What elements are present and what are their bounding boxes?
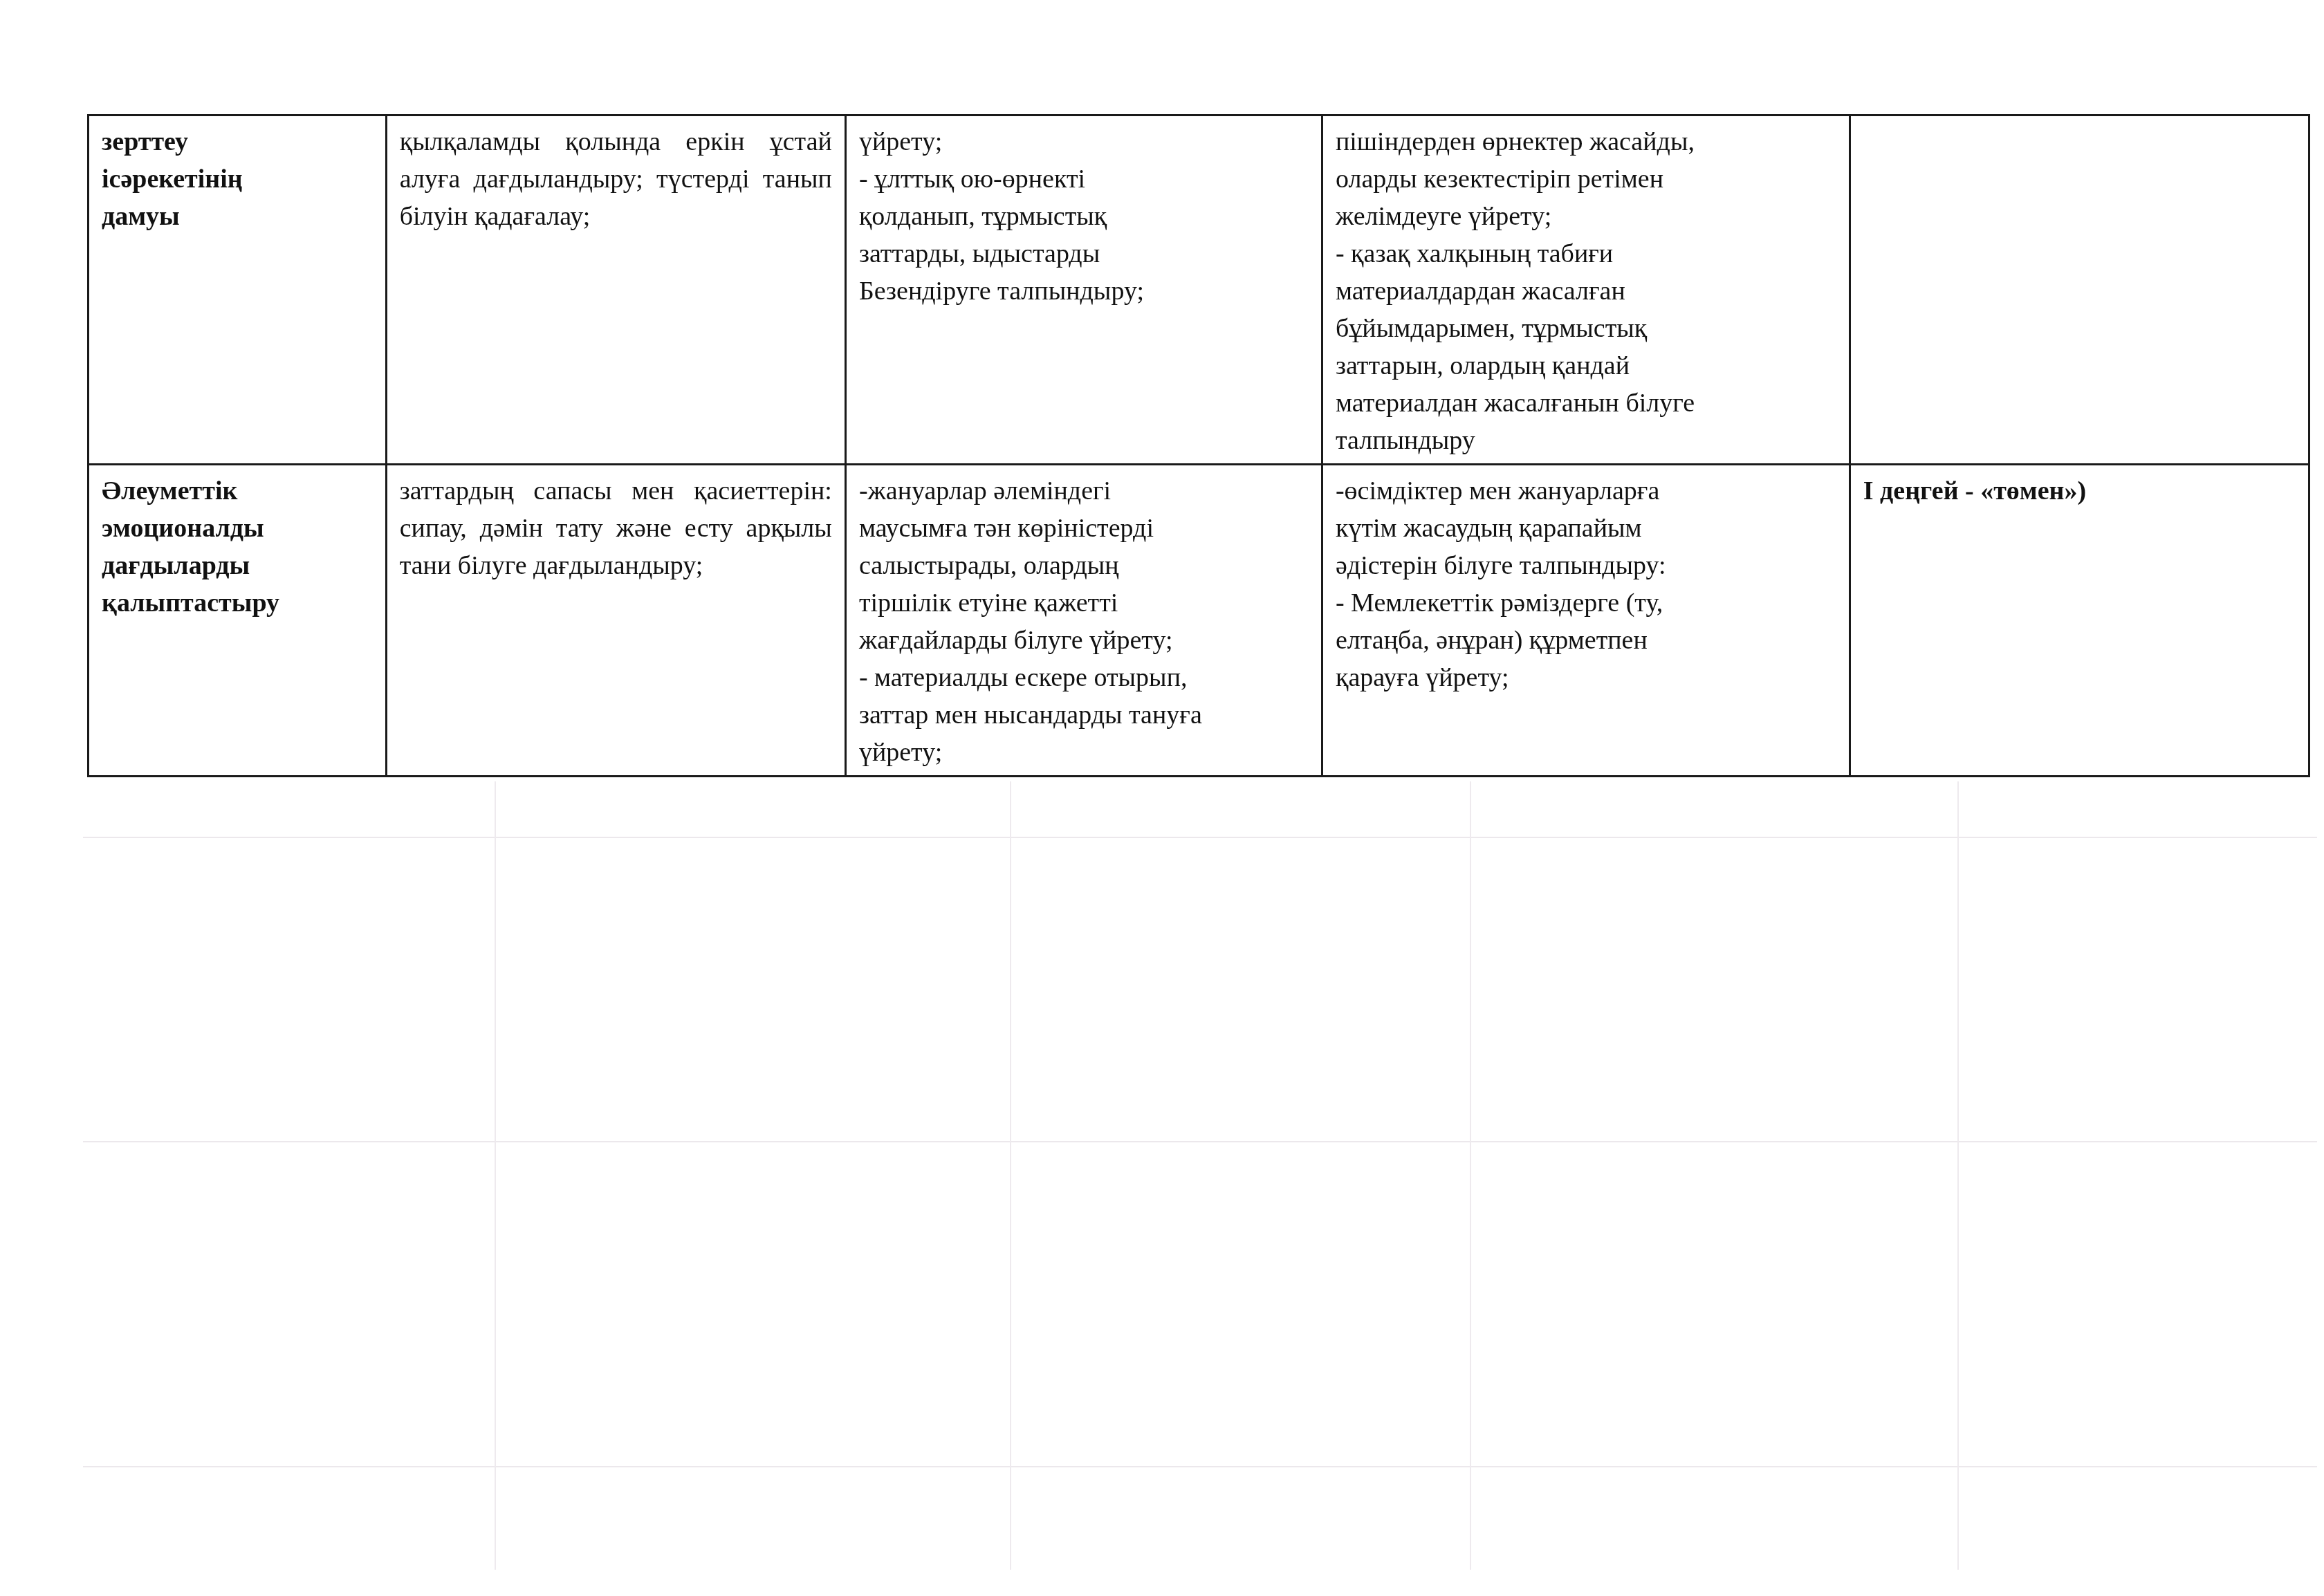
cell-text: - қазақ халқының табиғи — [1336, 235, 1836, 272]
task-cell-col4: -өсімдіктер мен жануарларға күтім жасауд… — [1322, 465, 1850, 777]
development-plan-table: зерттеу ісәрекетінің дамуы қылқаламды қо… — [87, 114, 2310, 777]
cell-text: заттарды, ыдыстарды — [859, 235, 1309, 272]
category-text: зерттеу — [102, 123, 373, 160]
cell-text: талпындыру — [1336, 422, 1836, 459]
category-text: ісәрекетінің — [102, 160, 373, 198]
cell-text: материалдан жасалғанын білуге — [1336, 384, 1836, 422]
cell-text: заттардың сапасы мен қасиеттерін: сипау,… — [400, 476, 832, 580]
cell-text: - материалды ескере отырып, — [859, 659, 1309, 696]
cell-text: желімдеуге үйрету; — [1336, 198, 1836, 235]
cell-text: жағдайларды білуге үйрету; — [859, 622, 1309, 659]
cell-text: заттар мен нысандарды тануға — [859, 696, 1309, 734]
category-text: эмоционалды — [102, 510, 373, 547]
cell-text: оларды кезектестіріп ретімен — [1336, 160, 1836, 198]
cell-text: -жануарлар әлеміндегі — [859, 472, 1309, 510]
cell-text: үйрету; — [859, 123, 1309, 160]
cell-text: маусымға тән көріністерді — [859, 510, 1309, 547]
cell-text: - Мемлекеттік рәміздерге (ту, — [1336, 584, 1836, 622]
cell-text: Безендіруге талпындыру; — [859, 272, 1309, 310]
cell-text: - ұлттық ою-өрнекті — [859, 160, 1309, 198]
cell-text: күтім жасаудың қарапайым — [1336, 510, 1836, 547]
cell-text: қарауға үйрету; — [1336, 659, 1836, 696]
cell-text: бұйымдарымен, тұрмыстық — [1336, 310, 1836, 347]
cell-text: материалдардан жасалған — [1336, 272, 1836, 310]
development-plan-table-container: зерттеу ісәрекетінің дамуы қылқаламды қо… — [87, 114, 2310, 777]
table-row: Әлеуметтік эмоционалды дағдыларды қалыпт… — [89, 465, 2309, 777]
category-cell: зерттеу ісәрекетінің дамуы — [89, 115, 387, 465]
task-cell-col4: пішіндерден өрнектер жасайды, оларды кез… — [1322, 115, 1850, 465]
task-cell-col2: заттардың сапасы мен қасиеттерін: сипау,… — [386, 465, 845, 777]
cell-text: елтаңба, әнұран) құрметпен — [1336, 622, 1836, 659]
cell-text: әдістерін білуге талпындыру: — [1336, 547, 1836, 584]
task-cell-col3: үйрету; - ұлттық ою-өрнекті қолданып, тұ… — [845, 115, 1322, 465]
cell-text: салыстырады, олардың — [859, 547, 1309, 584]
cell-text: -өсімдіктер мен жануарларға — [1336, 472, 1836, 510]
cell-text: пішіндерден өрнектер жасайды, — [1336, 123, 1836, 160]
cell-text: қолданып, тұрмыстық — [859, 198, 1309, 235]
table-row: зерттеу ісәрекетінің дамуы қылқаламды қо… — [89, 115, 2309, 465]
cell-text: заттарын, олардың қандай — [1336, 347, 1836, 384]
task-cell-col2: қылқаламды қолында еркін ұстай алуға дағ… — [386, 115, 845, 465]
cell-text: тіршілік етуіне қажетті — [859, 584, 1309, 622]
task-cell-col3: -жануарлар әлеміндегі маусымға тән көрін… — [845, 465, 1322, 777]
category-text: қалыптастыру — [102, 584, 373, 622]
level-cell: І деңгей - «төмен») — [1850, 465, 2309, 777]
category-text: дамуы — [102, 198, 373, 235]
level-cell — [1850, 115, 2309, 465]
cell-text: үйрету; — [859, 734, 1309, 771]
category-cell: Әлеуметтік эмоционалды дағдыларды қалыпт… — [89, 465, 387, 777]
category-text: дағдыларды — [102, 547, 373, 584]
category-text: Әлеуметтік — [102, 472, 373, 510]
